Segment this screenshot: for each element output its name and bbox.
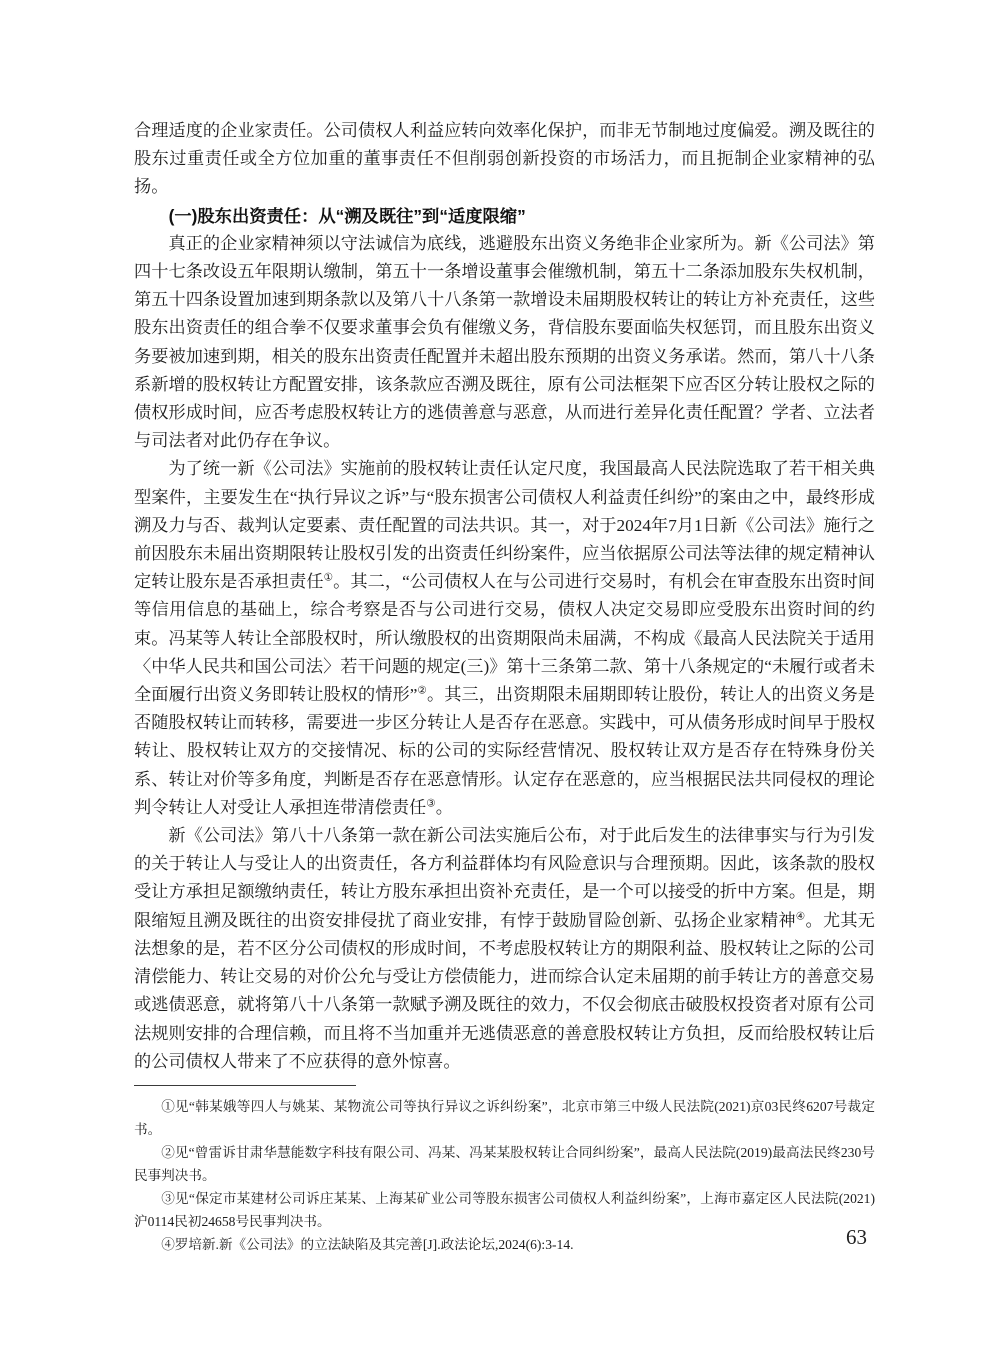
footnote-1: ①见“韩某娥等四人与姚某、某物流公司等执行异议之诉纠纷案”，北京市第三中级人民法… bbox=[134, 1095, 875, 1141]
text-column: 合理适度的企业家责任。公司债权人利益应转向效率化保护，而非无节制地过度偏爱。溯及… bbox=[134, 117, 875, 1256]
body-paragraph-2: 为了统一新《公司法》实施前的股权转让责任认定尺度，我国最高人民法院选取了若干相关… bbox=[134, 455, 875, 822]
page-number: 63 bbox=[846, 1225, 867, 1250]
footnote-marker: ② bbox=[417, 685, 427, 696]
footnote-marker: ① bbox=[324, 573, 334, 584]
footnote-marker: ④ bbox=[796, 911, 806, 922]
section-heading: (一)股东出资责任：从“溯及既往”到“适度限缩” bbox=[134, 202, 875, 230]
continuation-paragraph: 合理适度的企业家责任。公司债权人利益应转向效率化保护，而非无节制地过度偏爱。溯及… bbox=[134, 117, 875, 202]
footnote-3: ③见“保定市某建材公司诉庄某某、上海某矿业公司等股东损害公司债权人利益纠纷案”，… bbox=[134, 1187, 875, 1233]
body-paragraph-3: 新《公司法》第八十八条第一款在新公司法实施后公布，对于此后发生的法律事实与行为引… bbox=[134, 822, 875, 1076]
journal-page: 合理适度的企业家责任。公司债权人利益应转向效率化保护，而非无节制地过度偏爱。溯及… bbox=[0, 0, 1000, 1347]
footnote-separator bbox=[134, 1085, 356, 1086]
body-paragraph-1: 真正的企业家精神须以守法诚信为底线，逃避股东出资义务绝非企业家所为。新《公司法》… bbox=[134, 230, 875, 456]
footnote-2: ②见“曾雷诉甘肃华慧能数字科技有限公司、冯某、冯某某股权转让合同纠纷案”，最高人… bbox=[134, 1141, 875, 1187]
footnote-4: ④罗培新.新《公司法》的立法缺陷及其完善[J].政法论坛,2024(6):3-1… bbox=[134, 1233, 875, 1256]
footnote-marker: ③ bbox=[426, 798, 436, 809]
